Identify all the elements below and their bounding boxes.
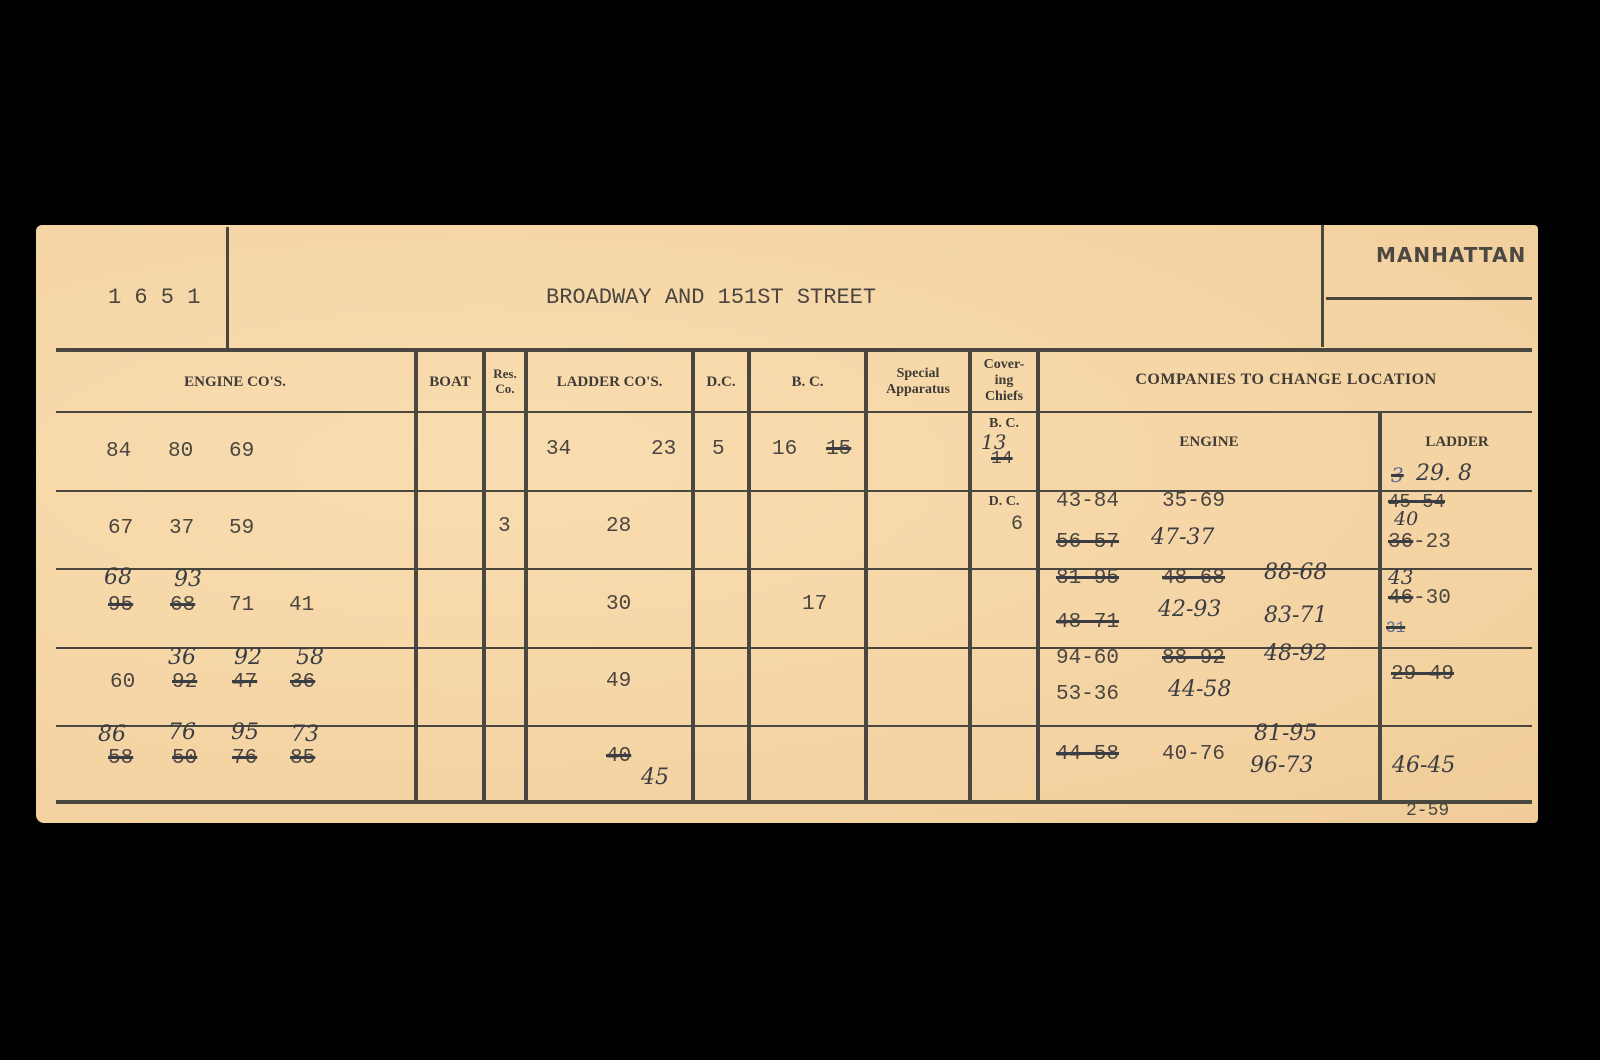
ladder-r0-c1: 23	[651, 438, 676, 461]
header-res-co-1: Res.	[486, 367, 524, 380]
change-ladder-r1-typed: -23	[1413, 531, 1451, 554]
change-ladder-r2-hand: 43	[1388, 565, 1413, 589]
engine-r1-c0: 67	[108, 517, 133, 540]
engine-r0-c1: 80	[168, 440, 193, 463]
engine-r4-struck-1: 50	[172, 747, 197, 770]
change-ladder-r1-struck-2: 36	[1388, 531, 1413, 554]
engine-r2-hand-1: 93	[174, 567, 202, 592]
header-ladder-cos: LADDER CO'S.	[528, 375, 691, 390]
engine-r4-hand-1: 76	[168, 720, 196, 745]
engine-r3-struck-0: 92	[172, 671, 197, 694]
change-ladder-r4-hand: 46-45	[1392, 753, 1455, 778]
engine-r2-c1: 41	[289, 594, 314, 617]
change-ladder-r2-typed: -30	[1413, 587, 1451, 610]
col-line-ladder	[524, 352, 528, 800]
change-engine-r3-t1: 53-36	[1056, 683, 1119, 706]
header-boat: BOAT	[418, 375, 482, 390]
col-line-res	[482, 352, 486, 800]
covering-dc-value: 6	[1011, 513, 1023, 536]
engine-r2-struck-0: 95	[108, 594, 133, 617]
borough-stamp: MANHATTAN	[1376, 243, 1526, 267]
ladder-r0-c0: 34	[546, 438, 571, 461]
engine-r4-hand-3: 73	[291, 722, 319, 747]
engine-r2-c0: 71	[229, 594, 254, 617]
location-title: BROADWAY AND 151ST STREET	[546, 285, 876, 310]
bc-r0-struck: 15	[826, 438, 851, 461]
change-engine-r4-hand-0: 81-95	[1254, 721, 1317, 746]
engine-r0-c0: 84	[106, 440, 131, 463]
change-engine-r2-hand-1: 42-93	[1158, 597, 1221, 622]
change-engine-r1-t1: 35-69	[1162, 490, 1225, 513]
header-bc: B. C.	[751, 375, 864, 390]
header-change-engine: ENGINE	[1040, 435, 1378, 450]
col-line-bc	[747, 352, 751, 800]
form-code: 2-59	[1406, 801, 1449, 821]
engine-r3-struck-2: 36	[290, 671, 315, 694]
col-line-change-ladder	[1378, 413, 1382, 800]
table-bottom-rule	[56, 800, 1532, 804]
row-line-0	[56, 411, 1532, 413]
header-top-rule	[56, 348, 1532, 352]
engine-r0-c2: 69	[229, 440, 254, 463]
row-line-1	[56, 490, 1532, 492]
bc-r2: 17	[802, 593, 827, 616]
dc-r0: 5	[712, 438, 725, 461]
borough-underline	[1326, 297, 1532, 300]
box-number: 1 6 5 1	[108, 285, 200, 310]
header-special-2: Apparatus	[868, 383, 968, 397]
change-engine-r2-struck-1: 48-68	[1162, 567, 1225, 590]
col-line-dc	[691, 352, 695, 800]
change-ladder-r3-struck: 29-49	[1391, 663, 1454, 686]
bc-r0: 16	[772, 438, 797, 461]
header-change-ladder: LADDER	[1382, 435, 1532, 450]
change-engine-r4-struck: 44-58	[1056, 743, 1119, 766]
ladder-r4-hand: 45	[641, 765, 669, 790]
engine-r3-c0: 60	[110, 671, 135, 694]
change-engine-r2-hand-0: 88-68	[1264, 560, 1327, 585]
engine-r3-hand-0: 36	[168, 645, 196, 670]
header-res-co-2: Co.	[486, 382, 524, 395]
change-engine-r1-hand: 47-37	[1151, 525, 1214, 550]
change-engine-r2-hand-2: 83-71	[1264, 603, 1327, 628]
top-divider-vertical-1	[226, 227, 229, 349]
change-ladder-r1-hand: 40	[1394, 508, 1418, 530]
engine-r4-hand-0: 86	[98, 722, 126, 747]
col-line-boat	[414, 352, 418, 800]
change-engine-r1-struck: 56-57	[1056, 531, 1119, 554]
engine-r4-hand-2: 95	[231, 720, 259, 745]
col-line-change	[1036, 352, 1040, 800]
change-engine-r2-struck-0: 81-95	[1056, 567, 1119, 590]
top-divider-vertical-2	[1321, 225, 1324, 347]
header-change-location: COMPANIES TO CHANGE LOCATION	[1040, 372, 1532, 388]
header-covering-1: Cover-	[972, 358, 1036, 372]
engine-r2-hand-0: 68	[104, 565, 132, 590]
covering-bc-struck: 14	[991, 449, 1013, 469]
running-card: 1 6 5 1 BROADWAY AND 151ST STREET MANHAT…	[36, 225, 1538, 823]
header-dc: D.C.	[695, 375, 747, 390]
change-engine-r3-t0: 94-60	[1056, 647, 1119, 670]
engine-r3-hand-2: 58	[296, 645, 324, 670]
engine-r3-struck-1: 47	[232, 671, 257, 694]
ladder-r1-c0: 28	[606, 515, 631, 538]
header-covering-3: Chiefs	[972, 390, 1036, 404]
header-covering-2: ing	[972, 374, 1036, 388]
change-ladder-r2-struck-2: 31	[1386, 619, 1405, 637]
ladder-r2-c0: 30	[606, 593, 631, 616]
header-engine-cos: ENGINE CO'S.	[56, 375, 414, 390]
engine-r4-struck-3: 85	[290, 747, 315, 770]
change-engine-r3-hand-1: 44-58	[1168, 677, 1231, 702]
change-engine-r3-struck: 88-92	[1162, 647, 1225, 670]
change-ladder-r0-struck: 3	[1391, 463, 1404, 487]
engine-r4-struck-2: 76	[232, 747, 257, 770]
change-engine-r3-hand-0: 48-92	[1264, 641, 1327, 666]
engine-r2-struck-1: 68	[170, 594, 195, 617]
ladder-r4-struck: 40	[606, 745, 631, 768]
change-engine-r1-t0: 43-84	[1056, 490, 1119, 513]
change-engine-r4-typed: 40-76	[1162, 743, 1225, 766]
engine-r1-c2: 59	[229, 517, 254, 540]
covering-dc-label: D. C.	[972, 495, 1036, 509]
col-line-special	[864, 352, 868, 800]
change-ladder-r0-hand: 29. 8	[1416, 461, 1472, 486]
change-engine-r4-hand-1: 96-73	[1250, 753, 1313, 778]
engine-r1-c1: 37	[169, 517, 194, 540]
ladder-r3-c0: 49	[606, 670, 631, 693]
covering-bc-label: B. C.	[972, 417, 1036, 431]
engine-r3-hand-1: 92	[234, 645, 262, 670]
change-ladder-r2-struck: 46	[1388, 587, 1413, 610]
engine-r4-struck-0: 58	[108, 747, 133, 770]
change-engine-r2-struck-2: 48-71	[1056, 611, 1119, 634]
res-co-r1: 3	[498, 515, 511, 538]
header-special-1: Special	[868, 367, 968, 381]
